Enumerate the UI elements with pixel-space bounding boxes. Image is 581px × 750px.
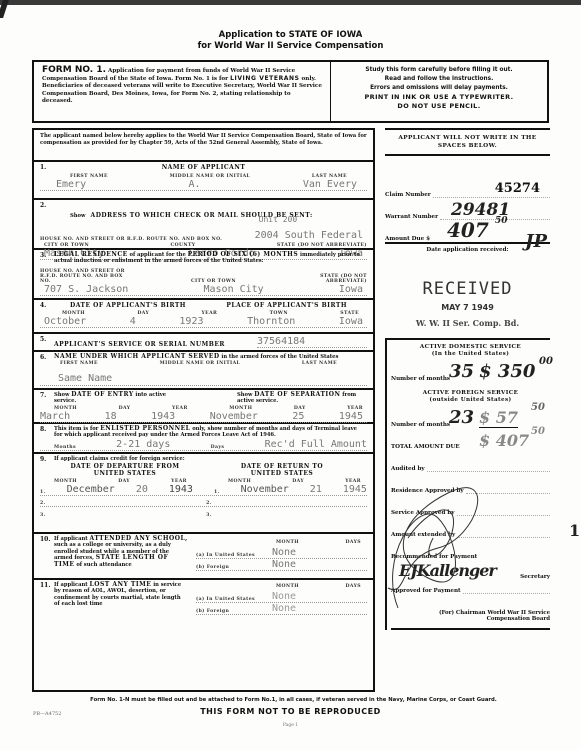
form-header: Application to STATE OF IOWA for World W… bbox=[0, 30, 581, 52]
section-text-3: of such attendance bbox=[76, 562, 131, 568]
section-number: 8. bbox=[40, 426, 46, 433]
entry-day-field[interactable]: 18 bbox=[105, 411, 117, 422]
label-months: Months bbox=[54, 445, 76, 450]
secretary-signature: EJKallenger bbox=[399, 561, 496, 580]
row-number: 1. bbox=[214, 490, 220, 495]
row-number: 3. bbox=[40, 513, 46, 518]
entry-title: DATE OF ENTRY bbox=[71, 391, 133, 398]
section-title: APPLICANT'S SERVICE OR SERIAL NUMBER bbox=[54, 341, 225, 348]
birth-town-field[interactable]: Thornton bbox=[247, 316, 295, 327]
approved-row: Approved for Payment bbox=[391, 580, 550, 594]
foreign-service-subtitle: (outside United States) bbox=[391, 397, 550, 404]
foreign-amount-value[interactable]: $ 57 bbox=[479, 408, 518, 428]
scan-edge bbox=[0, 0, 581, 5]
foreign-service-title: ACTIVE FOREIGN SERVICE bbox=[391, 390, 550, 397]
stamp-date: MAY 7 1949 bbox=[385, 303, 550, 312]
show-label: Show bbox=[54, 392, 69, 398]
school-us-field[interactable]: None bbox=[272, 547, 367, 558]
section-title-2: PERIOD OF SIX (6) MONTHS bbox=[188, 251, 299, 258]
lost-time-foreign-field[interactable]: None bbox=[272, 603, 367, 614]
section-title: DATE OF APPLICANT'S BIRTH bbox=[70, 302, 186, 309]
section-number: 7. bbox=[40, 392, 46, 399]
label-in-us: (a) In United States bbox=[196, 553, 272, 558]
domestic-amount-value[interactable]: $ 350 bbox=[479, 361, 535, 382]
chairman-label: (For) Chairman World War II Service Comp… bbox=[391, 594, 550, 630]
instruction-1: Study this form carefully before filling… bbox=[337, 66, 541, 75]
instruction-4: PRINT IN INK OR USE A TYPEWRITER. bbox=[337, 93, 541, 102]
last-name-field[interactable]: Van Every bbox=[303, 179, 357, 190]
label-day: DAY bbox=[292, 479, 304, 484]
section-5-serial-number: 5. APPLICANT'S SERVICE OR SERIAL NUMBER … bbox=[34, 334, 373, 352]
service-computation-box: ACTIVE DOMESTIC SERVICE (In the United S… bbox=[385, 338, 550, 630]
separation-day-field[interactable]: 25 bbox=[292, 411, 304, 422]
office-use-column: APPLICANT WILL NOT WRITE IN THE SPACES B… bbox=[385, 128, 550, 694]
label-in-us: (a) In United States bbox=[196, 597, 272, 602]
entry-month-field[interactable]: March bbox=[40, 411, 70, 422]
label-middle-name: MIDDLE NAME OR INITIAL bbox=[170, 174, 251, 179]
footer-note: Form No. 1-N must be filled out and be a… bbox=[36, 697, 551, 703]
section-7-service-dates: 7. Show DATE OF ENTRY into active servic… bbox=[34, 390, 373, 424]
residence-row: Residence Approved by bbox=[391, 472, 550, 494]
label-month: MONTH bbox=[276, 540, 299, 545]
row-number: 1. bbox=[40, 490, 46, 495]
terminal-leave-months-field[interactable]: 2-21 days bbox=[116, 439, 170, 450]
section-text: If applicant bbox=[54, 536, 88, 542]
section-number: 6. bbox=[40, 354, 46, 361]
row-number: 2. bbox=[40, 501, 46, 506]
section-3-legal-residence: 3. LEGAL RESIDENCE of applicant for the … bbox=[34, 250, 373, 300]
section-text: This item is for bbox=[54, 426, 98, 432]
lost-time-us-field[interactable]: None bbox=[272, 591, 367, 602]
total-amount-value[interactable]: $ 407 bbox=[479, 431, 529, 450]
birth-day-field[interactable]: 4 bbox=[130, 316, 136, 327]
entry-year-field[interactable]: 1943 bbox=[151, 411, 175, 422]
terminal-leave-days-field[interactable]: Rec'd Full Amount bbox=[265, 439, 367, 450]
form-info-box: FORM NO. 1. Application for payment from… bbox=[32, 60, 549, 123]
label-month: MONTH bbox=[276, 584, 299, 589]
section-title-2: PLACE OF APPLICANT'S BIRTH bbox=[226, 302, 347, 309]
label-last-name: LAST NAME bbox=[302, 361, 337, 366]
foreign-months-value[interactable]: 23 bbox=[449, 407, 474, 428]
section-title: NAME OF APPLICANT bbox=[40, 164, 367, 171]
label-foreign: (b) Foreign bbox=[196, 609, 272, 614]
label-day: DAY bbox=[137, 311, 149, 316]
show-label: Show bbox=[237, 392, 252, 398]
instruction-2: Read and follow the instructions. bbox=[337, 75, 541, 84]
section-title: NAME UNDER WHICH APPLICANT SERVED bbox=[54, 353, 220, 360]
instruction-3: Errors and omissions will delay payments… bbox=[337, 84, 541, 93]
birth-year-field[interactable]: 1923 bbox=[179, 316, 203, 327]
section-text: in the armed forces of the United States bbox=[221, 354, 338, 360]
service-name-field[interactable]: Same Name bbox=[58, 373, 112, 384]
departure-month-field[interactable]: December bbox=[67, 484, 115, 495]
separation-month-field[interactable]: November bbox=[210, 411, 258, 422]
warrant-number-row: Warrant Number 29481 bbox=[385, 198, 550, 220]
departure-day-field[interactable]: 20 bbox=[136, 484, 148, 495]
domestic-amount-cents: 00 bbox=[539, 356, 553, 367]
form-number: FORM NO. 1. bbox=[42, 65, 106, 75]
section-number: 3. bbox=[40, 252, 46, 259]
school-foreign-field[interactable]: None bbox=[272, 559, 367, 570]
domestic-months-value[interactable]: 35 bbox=[449, 361, 474, 382]
section-title: ATTENDED ANY SCHOOL, bbox=[90, 535, 188, 542]
birth-state-field[interactable]: Iowa bbox=[339, 316, 363, 327]
amount-due-row: Amount Due $ 407 50 JP bbox=[385, 220, 550, 244]
row-number: 2. bbox=[206, 501, 212, 506]
label-days: DAYS bbox=[345, 540, 361, 545]
recommended-row: Recommended for Payment bbox=[391, 538, 550, 560]
stamp-board: W. W. II Ser. Comp. Bd. bbox=[385, 318, 550, 328]
row-number: 3. bbox=[206, 513, 212, 518]
birth-month-field[interactable]: October bbox=[44, 316, 86, 327]
foreign-amount-cents: 50 bbox=[531, 402, 545, 413]
section-title: LEGAL RESIDENCE bbox=[54, 251, 128, 258]
separation-title: DATE OF SEPARATION bbox=[254, 391, 340, 398]
service-row: Service Approved by bbox=[391, 494, 550, 516]
section-text: of applicant for the bbox=[130, 252, 186, 258]
return-year-field[interactable]: 1945 bbox=[343, 484, 367, 495]
label-middle-name: MIDDLE NAME OR INITIAL bbox=[160, 361, 241, 366]
total-amount-cents: 50 bbox=[531, 426, 545, 437]
label-foreign: (b) Foreign bbox=[196, 565, 272, 570]
serial-number-field[interactable]: 37564184 bbox=[257, 336, 367, 348]
initials: JP bbox=[525, 231, 547, 252]
audited-row: Audited by bbox=[391, 450, 550, 472]
section-1-name: 1. NAME OF APPLICANT FIRST NAME MIDDLE N… bbox=[34, 162, 373, 200]
section-11-lost-time: 11. If applicant LOST ANY TIME in servic… bbox=[34, 580, 373, 624]
section-8-terminal-leave: 8. This item is for ENLISTED PERSONNEL o… bbox=[34, 424, 373, 454]
foreign-service-row-3: 3. 3. bbox=[40, 507, 367, 518]
departure-year-field[interactable]: 1943 bbox=[169, 484, 193, 495]
approved-label: Approved for Payment bbox=[391, 588, 461, 594]
page-number: Page 1 bbox=[0, 723, 581, 728]
instructions-box: Study this form carefully before filling… bbox=[331, 62, 547, 121]
amount-due-value[interactable]: 407 bbox=[447, 218, 489, 242]
section-text: If applicant bbox=[54, 582, 88, 588]
form-title-line2: for World War II Service Compensation bbox=[0, 41, 581, 52]
departure-title: DATE OF DEPARTURE FROM UNITED STATES bbox=[70, 463, 180, 477]
section-2-address: 2. Show ADDRESS TO WHICH CHECK OR MAIL S… bbox=[34, 200, 373, 250]
intro-text: The applicant named below hereby applies… bbox=[34, 130, 373, 162]
section-number: 4. bbox=[40, 302, 46, 309]
approved-field[interactable] bbox=[463, 593, 550, 594]
section-9-foreign-service: 9. If applicant claims credit for foreig… bbox=[34, 454, 373, 534]
label-days: Days bbox=[211, 445, 225, 450]
foreign-service-row-2: 2. 2. bbox=[40, 496, 367, 507]
section-number: 11. bbox=[40, 582, 50, 589]
section-number: 10. bbox=[40, 536, 50, 543]
form-title-line1: Application to STATE OF IOWA bbox=[0, 30, 581, 41]
label-street: HOUSE NO. AND STREET OR R.F.D. ROUTE NO.… bbox=[40, 269, 130, 284]
middle-initial-field[interactable]: A. bbox=[188, 179, 200, 190]
section-number: 5. bbox=[40, 336, 46, 343]
label-street: HOUSE NO. AND STREET OR R.F.D. ROUTE NO.… bbox=[40, 237, 222, 242]
residence-state-field[interactable]: Iowa bbox=[339, 284, 363, 295]
domestic-service-subtitle: (In the United States) bbox=[391, 351, 550, 358]
claim-number-row: Claim Number 45274 bbox=[385, 176, 550, 198]
street-field[interactable]: 2004 South Federal bbox=[255, 230, 363, 241]
section-title: ENLISTED PERSONNEL bbox=[100, 425, 190, 432]
residence-city-field[interactable]: Mason City bbox=[203, 284, 263, 295]
domestic-months-label: Number of months bbox=[391, 376, 450, 382]
section-number: 2. bbox=[40, 202, 46, 209]
label-day: DAY bbox=[118, 479, 130, 484]
secretary-row: EJKallenger Secretary bbox=[391, 560, 550, 580]
street-unit-field[interactable]: Unit 200 bbox=[259, 215, 298, 224]
section-title: LOST ANY TIME bbox=[90, 581, 152, 588]
office-use-header: APPLICANT WILL NOT WRITE IN THE SPACES B… bbox=[385, 128, 550, 156]
stamp-received-text: RECEIVED bbox=[385, 279, 550, 299]
section-number: 9. bbox=[40, 456, 46, 463]
received-stamp: RECEIVED MAY 7 1949 W. W. II Ser. Comp. … bbox=[385, 279, 550, 328]
amount-due-cents: 50 bbox=[495, 216, 508, 226]
foreign-months-row: Number of months 23 $ 57 50 bbox=[391, 404, 550, 428]
label-days: DAYS bbox=[345, 584, 361, 589]
form-description: FORM NO. 1. Application for payment from… bbox=[34, 62, 331, 121]
amount-due-label: Amount Due $ bbox=[385, 236, 430, 242]
separation-year-field[interactable]: 1945 bbox=[339, 411, 363, 422]
living-veterans-label: LIVING VETERANS bbox=[230, 75, 300, 82]
show-label: Show bbox=[70, 213, 85, 219]
total-due-row: TOTAL AMOUNT DUE $ 407 50 bbox=[391, 428, 550, 450]
return-month-field[interactable]: November bbox=[241, 484, 289, 495]
label-day: DAY bbox=[119, 406, 131, 411]
scan-corner-mark bbox=[0, 0, 9, 18]
label-year: YEAR bbox=[201, 311, 217, 316]
section-number: 1. bbox=[40, 164, 46, 171]
first-name-field[interactable]: Emery bbox=[56, 179, 86, 190]
domestic-months-row: Number of months 35 $ 350 00 bbox=[391, 358, 550, 382]
domestic-service-title: ACTIVE DOMESTIC SERVICE bbox=[391, 340, 550, 351]
no-reproduce-warning: THIS FORM NOT TO BE REPRODUCED bbox=[0, 707, 581, 716]
amount-extended-row: Amount extended by 17 bbox=[391, 516, 550, 538]
foreign-service-row-1: 1. December 20 1943 1. November 21 1945 bbox=[40, 484, 367, 496]
section-10-school: 10. If applicant ATTENDED ANY SCHOOL, su… bbox=[34, 534, 373, 580]
section-4-birth: 4. DATE OF APPLICANT'S BIRTH PLACE OF AP… bbox=[34, 300, 373, 334]
section-6-service-name: 6. NAME UNDER WHICH APPLICANT SERVED in … bbox=[34, 352, 373, 390]
label-state: STATE (DO NOT ABBREVIATE) bbox=[297, 274, 367, 284]
margin-mark: 17 bbox=[569, 521, 581, 540]
instruction-5: DO NOT USE PENCIL. bbox=[337, 102, 541, 111]
return-day-field[interactable]: 21 bbox=[310, 484, 322, 495]
applicant-section: The applicant named below hereby applies… bbox=[32, 128, 375, 692]
return-title: DATE OF RETURN TO UNITED STATES bbox=[227, 463, 337, 477]
residence-street-field[interactable]: 707 S. Jackson bbox=[44, 284, 128, 295]
claim-number-value[interactable]: 45274 bbox=[495, 181, 540, 196]
